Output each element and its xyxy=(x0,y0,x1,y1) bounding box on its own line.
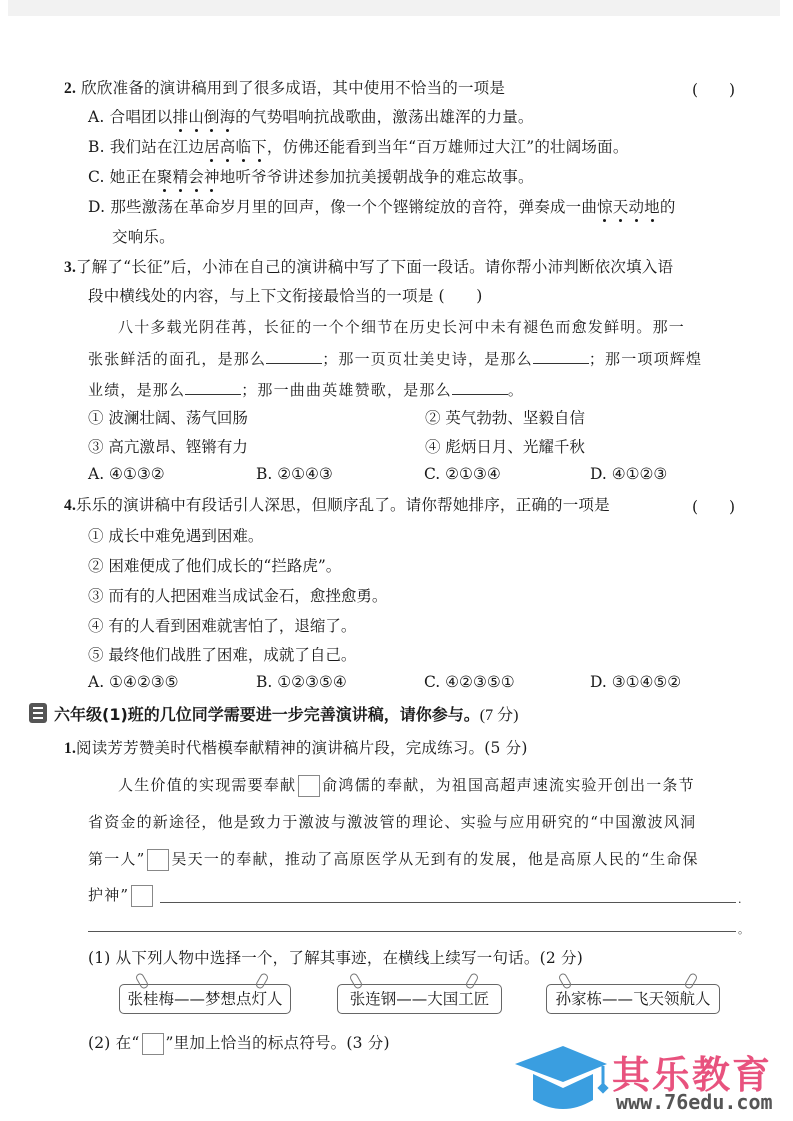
q3-blank-2[interactable] xyxy=(533,349,589,364)
person-card-2[interactable]: 张连钢——大国工匠 xyxy=(337,984,502,1014)
q3-choice-c[interactable]: C. ②①③④ xyxy=(424,465,501,483)
q4-stem: 4.乐乐的演讲稿中有段话引人深思，但顺序乱了。请你帮她排序，正确的一项是 xyxy=(64,495,610,516)
q2-option-d-cont: 交响乐。 xyxy=(112,227,175,247)
q4-sentence-3: ③ 而有的人把困难当成试金石，愈挫愈勇。 xyxy=(88,584,387,606)
q4-choice-d[interactable]: D. ③①④⑤② xyxy=(590,673,681,691)
q4-sentence-1: ① 成长中难免遇到困难。 xyxy=(88,524,263,546)
s3q1-passage-line4: 护神” xyxy=(88,885,155,907)
paperclip-icon xyxy=(135,972,150,990)
paperclip-icon xyxy=(558,972,573,990)
q4-number: 4. xyxy=(64,497,76,514)
q3-phrase-4: ④ 彪炳日月、光耀千秋 xyxy=(425,435,585,457)
paperclip-icon xyxy=(349,972,364,990)
watermark-url: www.76edu.com xyxy=(616,1090,773,1114)
q4-choice-a[interactable]: A. ①④②③⑤ xyxy=(88,673,179,691)
q3-number: 3. xyxy=(64,259,76,276)
q2-idiom-a: 排山倒海 xyxy=(172,108,235,126)
paperclip-icon xyxy=(465,972,480,990)
writing-line-1-end: . xyxy=(738,890,742,910)
s3q1-passage-line3: 第一人”吴天一的奉献，推动了高原医学从无到有的发展，他是高原人民的“生命保 xyxy=(88,849,699,871)
paperclip-icon xyxy=(684,972,699,990)
s3q1-number: 1. xyxy=(64,740,76,757)
q4-choice-c[interactable]: C. ④②③⑤① xyxy=(424,673,515,691)
q3-choice-b[interactable]: B. ②①④③ xyxy=(256,465,333,483)
q2-stem: 2. 欣欣准备的演讲稿用到了很多成语，其中使用不恰当的一项是 xyxy=(64,78,505,99)
person-card-3[interactable]: 孙家栋——飞天领航人 xyxy=(546,984,720,1014)
section-three-title: 六年级(1)班的几位同学需要进一步完善演讲稿，请你参与。(7 分) xyxy=(54,702,518,725)
q2-option-c: C. 她正在聚精会神地听爷爷讲述参加抗美援朝战争的难忘故事。 xyxy=(88,167,534,187)
graduation-cap-icon xyxy=(513,1042,609,1114)
q2-answer-bracket[interactable]: ( ) xyxy=(692,78,735,100)
q2-option-a: A. 合唱团以排山倒海的气势唱响抗战歌曲，激荡出雄浑的力量。 xyxy=(88,107,534,127)
q3-phrase-2: ② 英气勃勃、坚毅自信 xyxy=(425,406,585,428)
q3-blank-3[interactable] xyxy=(185,380,241,395)
q2-idiom-c: 聚精会神 xyxy=(157,168,220,186)
q2-stem-text: 欣欣准备的演讲稿用到了很多成语，其中使用不恰当的一项是 xyxy=(81,79,505,97)
q4-sentence-4: ④ 有的人看到困难就害怕了，退缩了。 xyxy=(88,614,356,636)
q3-passage-line3: 业绩，是那么；那一曲曲英雄赞歌，是那么。 xyxy=(88,380,524,400)
s3q1-passage-line2: 省资金的新途径，他是致力于激波与激波管的理论、实验与应用研究的“中国激波风洞 xyxy=(88,812,696,832)
q2-idiom-d: 惊天动地 xyxy=(597,198,660,216)
q4-choice-b[interactable]: B. ①②③⑤④ xyxy=(256,673,347,691)
s3q1-sub1: (1) 从下列人物中选择一个，了解其事迹，在横线上续写一句话。(2 分) xyxy=(88,948,583,968)
writing-line-2[interactable] xyxy=(88,931,736,932)
q3-choice-d[interactable]: D. ④①②③ xyxy=(590,465,667,483)
q3-phrase-1: ① 波澜壮阔、荡气回肠 xyxy=(88,406,248,428)
q3-blank-4[interactable] xyxy=(452,380,508,395)
s3q1-stem: 1.阅读芳芳赞美时代楷模奉献精神的演讲稿片段，完成练习。(5 分) xyxy=(64,738,528,759)
q3-phrase-3: ③ 高亢激昂、铿锵有力 xyxy=(88,435,248,457)
q4-answer-bracket[interactable]: ( ) xyxy=(692,495,735,517)
q3-blank-1[interactable] xyxy=(266,349,322,364)
q2-number: 2. xyxy=(64,80,76,97)
punctuation-box-example xyxy=(142,1033,164,1055)
writing-line-2-end: 。 xyxy=(738,920,749,940)
punctuation-box-1[interactable] xyxy=(298,775,320,797)
q3-stem-line1: 3.了解了“长征”后，小沛在自己的演讲稿中写了下面一段话。请你帮小沛判断依次填入… xyxy=(64,257,673,278)
q2-idiom-b: 居高临下 xyxy=(204,138,267,156)
section-three-icon xyxy=(29,703,47,723)
s3q1-passage-line1: 人生价值的实现需要奉献俞鸿儒的奉献，为祖国高超声速流实验开创出一条节 xyxy=(118,775,695,797)
q3-passage-line2: 张张鲜活的面孔，是那么；那一页页壮美史诗，是那么；那一项项辉煌 xyxy=(88,349,702,369)
q3-answer-bracket[interactable]: ( ) xyxy=(439,287,483,305)
punctuation-box-2[interactable] xyxy=(147,849,169,871)
top-scan-band xyxy=(8,0,780,16)
q4-sentence-2: ② 困难便成了他们成长的“拦路虎”。 xyxy=(88,554,341,576)
q2-option-b: B. 我们站在江边居高临下，仿佛还能看到当年“百万雄师过大江”的壮阔场面。 xyxy=(88,137,629,157)
q3-choice-a[interactable]: A. ④①③② xyxy=(88,465,165,483)
punctuation-box-3[interactable] xyxy=(131,885,153,907)
person-card-1[interactable]: 张桂梅——梦想点灯人 xyxy=(119,984,291,1014)
s3q1-sub2: (2) 在“”里加上恰当的标点符号。(3 分) xyxy=(88,1033,390,1055)
q2-option-d: D. 那些激荡在革命岁月里的回声，像一个个铿锵绽放的音符，弹奏成一曲惊天动地的 xyxy=(88,197,676,217)
q3-stem-line2: 段中横线处的内容，与上下文衔接最恰当的一项是 ( ) xyxy=(88,286,482,306)
q3-passage-line1: 八十多载光阴荏苒，长征的一个个细节在历史长河中未有褪色而愈发鲜明。那一 xyxy=(118,317,685,337)
paperclip-icon xyxy=(255,972,270,990)
q4-sentence-5: ⑤ 最终他们战胜了困难，成就了自己。 xyxy=(88,643,356,665)
writing-line-1[interactable] xyxy=(160,902,736,903)
